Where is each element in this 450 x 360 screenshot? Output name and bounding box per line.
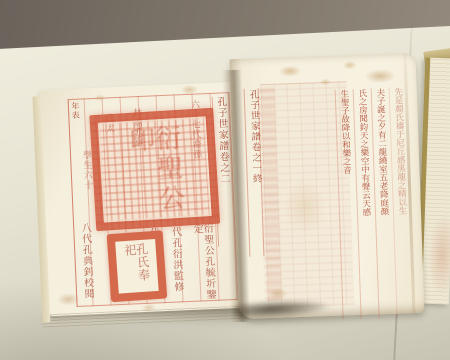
- large-official-seal: 衍聖公印: [89, 108, 220, 231]
- left-page-credit-column: 衍聖公孔毓圻鑒定: [191, 223, 215, 308]
- right-page: 孔子世家譜卷之一終 先是顏氏禱于尼丘感黑龍之精以生 夫子誕之夕有二龍繞室五老降庭…: [230, 53, 425, 319]
- right-page-text-columns: 先是顏氏禱于尼丘感黑龍之精以生 夫子誕之夕有二龍繞室五老降庭顏 氏之房聞鈞天之樂…: [349, 87, 413, 319]
- large-seal-text: 衍聖公印: [126, 124, 184, 219]
- left-page-credit-column: 代孔衍洪監修: [169, 226, 182, 306]
- left-page: 年表 孔子世家譜卷之二 六十七代裔孫 林廟兆事 孔太 學生六十 衍聖公孔毓圻鑒定…: [39, 82, 245, 316]
- museum-photo-scene: 年表 孔子世家譜卷之二 六十七代裔孫 林廟兆事 孔太 學生六十 衍聖公孔毓圻鑒定…: [0, 0, 450, 360]
- small-seal-text: 孔氏奉祀: [123, 243, 150, 293]
- display-case-wall: [0, 0, 450, 52]
- small-seal: 孔氏奉祀: [107, 230, 168, 302]
- left-page-corner-label: 年表: [71, 102, 80, 128]
